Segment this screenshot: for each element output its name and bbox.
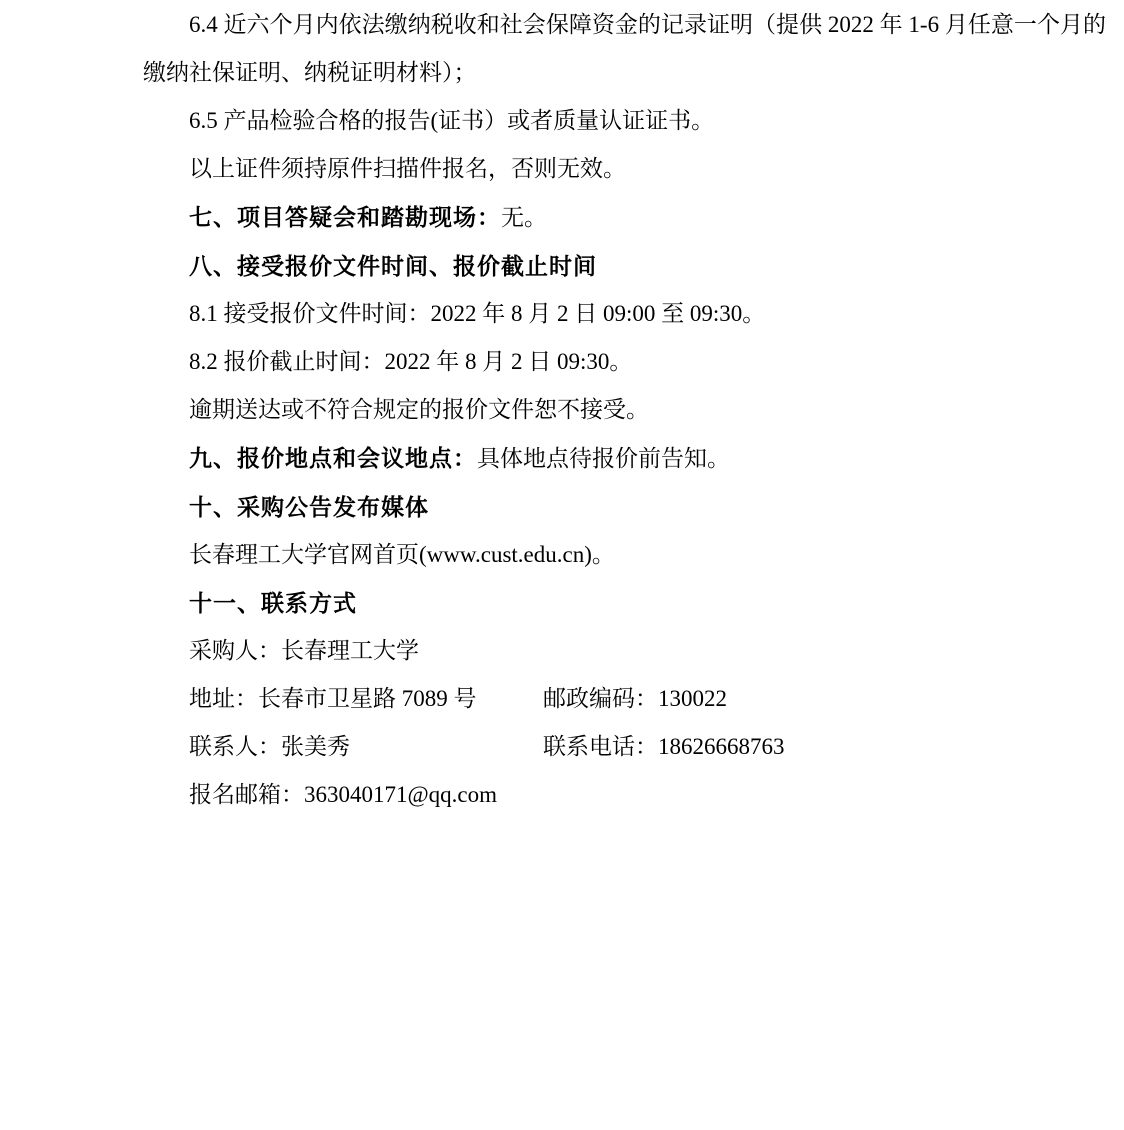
section-heading-9: 九、报价地点和会议地点：具体地点待报价前告知。: [143, 434, 1106, 483]
paragraph-clause-6-5: 6.5 产品检验合格的报告(证书）或者质量认证证书。: [143, 97, 1106, 145]
document-page: 6.4 近六个月内依法缴纳税收和社会保障资金的记录证明（提供 2022 年 1-…: [143, 1, 1106, 819]
section-heading-9-value: 具体地点待报价前告知。: [477, 446, 730, 471]
section-heading-9-label: 九、报价地点和会议地点：: [189, 445, 477, 471]
paragraph-email: 报名邮箱：363040171@qq.com: [143, 771, 1106, 819]
section-heading-8: 八、接受报价文件时间、报价截止时间: [143, 242, 1106, 290]
section-heading-7-label: 七、项目答疑会和踏勘现场：: [189, 204, 501, 230]
contact-phone-value: 联系电话：18626668763: [543, 723, 785, 771]
postal-code-value: 邮政编码：130022: [543, 675, 727, 723]
paragraph-note-originals: 以上证件须持原件扫描件报名，否则无效。: [143, 145, 1106, 193]
section-heading-11: 十一、联系方式: [143, 579, 1106, 627]
paragraph-clause-8-2: 8.2 报价截止时间：2022 年 8 月 2 日 09:30。: [143, 338, 1106, 386]
paragraph-purchaser: 采购人：长春理工大学: [143, 627, 1106, 675]
section-heading-7: 七、项目答疑会和踏勘现场：无。: [143, 193, 1106, 242]
paragraph-note-late: 逾期送达或不符合规定的报价文件恕不接受。: [143, 386, 1106, 434]
paragraph-media: 长春理工大学官网首页(www.cust.edu.cn)。: [143, 531, 1106, 579]
address-value: 地址：长春市卫星路 7089 号: [189, 686, 477, 711]
paragraph-address-row: 地址：长春市卫星路 7089 号邮政编码：130022: [143, 675, 1106, 723]
paragraph-clause-6-4: 6.4 近六个月内依法缴纳税收和社会保障资金的记录证明（提供 2022 年 1-…: [143, 1, 1106, 97]
paragraph-clause-8-1: 8.1 接受报价文件时间：2022 年 8 月 2 日 09:00 至 09:3…: [143, 290, 1106, 338]
section-heading-10: 十、采购公告发布媒体: [143, 483, 1106, 531]
section-heading-7-value: 无。: [501, 205, 547, 230]
contact-person-value: 联系人：张美秀: [189, 734, 350, 759]
paragraph-contact-row: 联系人：张美秀联系电话：18626668763: [143, 723, 1106, 771]
